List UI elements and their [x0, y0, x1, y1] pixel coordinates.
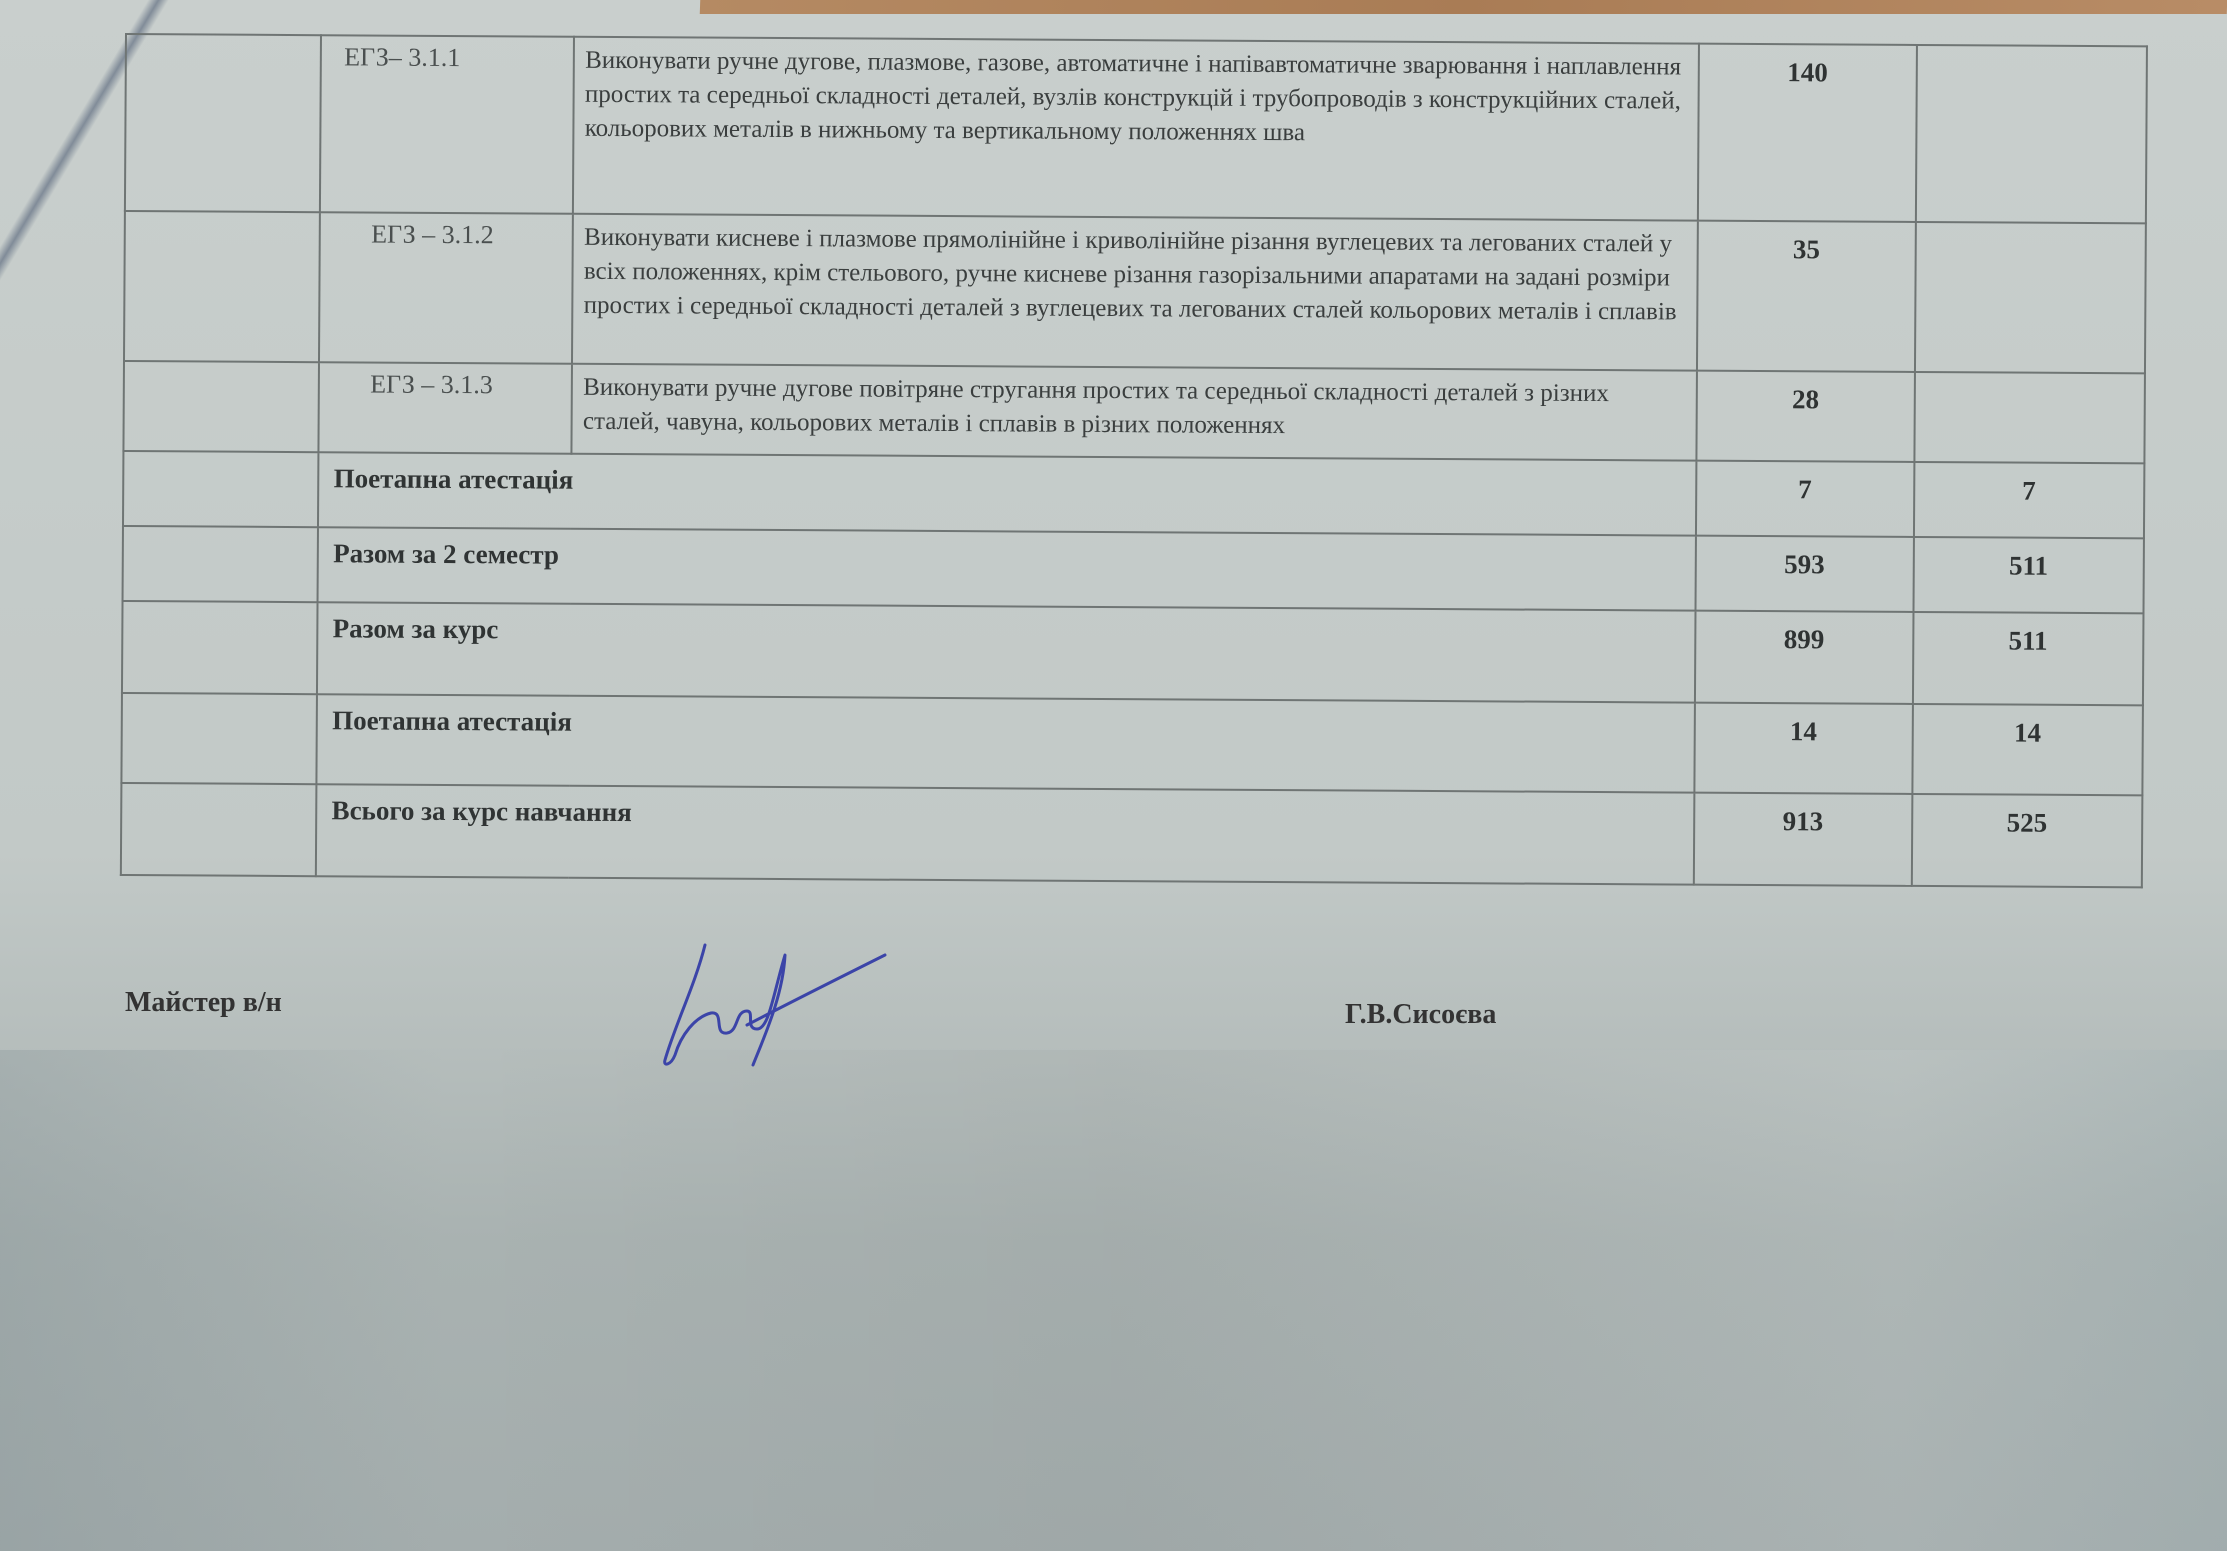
hours-cell: 140: [1698, 44, 1917, 222]
table-row: ЕГЗ– 3.1.1 Виконувати ручне дугове, плаз…: [125, 34, 2147, 223]
hours2-cell: 511: [1913, 537, 2144, 613]
empty-cell: [125, 34, 321, 212]
summary-label: Поетапна атестація: [317, 694, 1695, 792]
empty-cell: [124, 211, 320, 362]
empty-cell: [122, 601, 318, 694]
hours2-cell: 14: [1912, 704, 2143, 795]
summary-row: Поетапна атестація 7 7: [123, 451, 2144, 538]
summary-label: Разом за 2 семестр: [318, 527, 1696, 610]
signatory-name: Г.В.Сисоєва: [1345, 999, 1496, 1031]
competency-description: Виконувати ручне дугове, плазмове, газов…: [573, 37, 1699, 221]
hours2-cell: 511: [1912, 612, 2143, 705]
competency-code-cell: ЕГЗ – 3.1.3: [319, 362, 573, 454]
competency-description: Виконувати ручне дугове повітряне струга…: [572, 364, 1697, 461]
competency-description: Виконувати кисневе і плазмове прямоліній…: [572, 214, 1697, 371]
hours-cell: 14: [1694, 703, 1912, 794]
signature-icon: [635, 925, 895, 1075]
hours-cell: 28: [1696, 371, 1914, 462]
signature-block: Майстер в/н Г.В.Сисоєва: [125, 985, 1625, 1045]
empty-cell: [121, 783, 317, 876]
empty-cell: [123, 451, 319, 527]
hours2-cell: [1914, 222, 2145, 373]
hours-cell: 593: [1695, 536, 1913, 612]
hours2-cell: [1914, 372, 2145, 463]
competency-code-cell: ЕГЗ– 3.1.1: [320, 35, 574, 214]
hours-cell: 913: [1694, 793, 1912, 886]
hours2-cell: 525: [1911, 794, 2142, 887]
hours-cell: 7: [1696, 461, 1914, 537]
table-row: ЕГЗ – 3.1.2 Виконувати кисневе і плазмов…: [124, 211, 2146, 373]
hours2-cell: [1915, 45, 2147, 223]
summary-label: Поетапна атестація: [318, 452, 1696, 535]
hours2-cell: 7: [1913, 462, 2144, 538]
competency-code-cell: ЕГЗ – 3.1.2: [319, 212, 573, 364]
empty-cell: [123, 361, 319, 452]
hours-cell: 899: [1695, 611, 1913, 704]
empty-cell: [123, 526, 319, 602]
hours-cell: 35: [1697, 221, 1916, 372]
empty-cell: [121, 693, 317, 784]
role-label: Майстер в/н: [125, 987, 282, 1019]
summary-row: Разом за 2 семестр 593 511: [123, 526, 2144, 613]
summary-label: Разом за курс: [317, 602, 1695, 702]
summary-row: Всього за курс навчання 913 525: [121, 783, 2143, 887]
summary-label: Всього за курс навчання: [316, 784, 1694, 884]
summary-row: Разом за курс 899 511: [122, 601, 2144, 705]
desk-edge: [700, 0, 2227, 14]
curriculum-table: ЕГЗ– 3.1.1 Виконувати ручне дугове, плаз…: [120, 33, 2148, 888]
summary-row: Поетапна атестація 14 14: [121, 693, 2143, 795]
paper-shadow: [0, 1050, 2227, 1551]
table-row: ЕГЗ – 3.1.3 Виконувати ручне дугове пові…: [123, 361, 2145, 463]
